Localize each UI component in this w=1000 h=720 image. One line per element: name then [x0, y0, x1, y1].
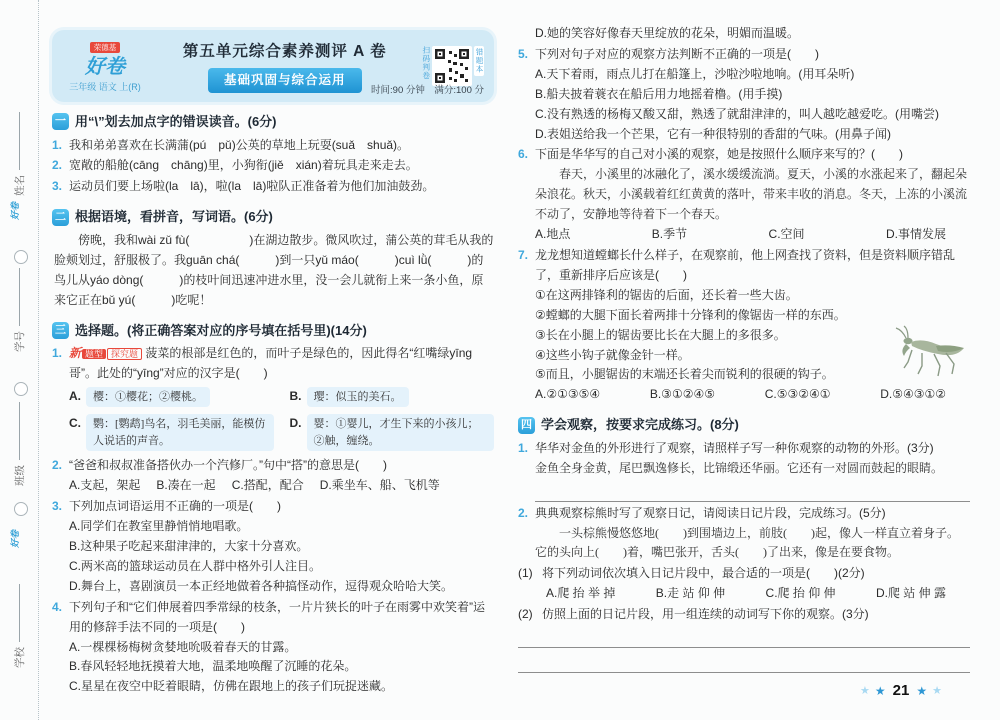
question-text: 龙龙想知道螳螂长什么样子，在观察前，他上网查找了资料，但是资料顺序错乱了，重新排… [535, 248, 955, 282]
section-1-header: 一 用“\”划去加点字的错误读音。(6分) [52, 111, 494, 133]
question-number: 1. [518, 439, 528, 459]
option-d: D.事情发展 [886, 225, 946, 245]
question-number: 2. [52, 156, 62, 176]
option-text: 婴：①婴儿，才生下来的小孩儿；②触，缠绕。 [307, 414, 495, 451]
time-score-line: 时间:90 分钟 满分:100 分 [371, 83, 484, 99]
star-icon: ★ [860, 682, 870, 700]
ordering-item-2: ②螳螂的大腿下面长着两排十分锋利的像锯齿一样的东西。 [535, 306, 884, 326]
ordering-item-1: ①在这两排锋利的锯齿的后面，还长着一些大齿。 [535, 286, 884, 306]
section-4-header: 四 学会观察，按要求完成练习。(8分) [518, 414, 970, 436]
question-text: 典典观察棕熊时写了观察日记，请阅读日记片段，完成练习。(5分) [535, 506, 886, 520]
margin-marker-icon [14, 382, 28, 396]
ordering-item-5: ⑤而且，小腿锯齿的末端还长着尖而锐利的很硬的钩子。 [535, 365, 884, 385]
section-3-title: 选择题。(将正确答案对应的序号填在括号里)(14分) [75, 320, 367, 342]
question-3: 3. 下列加点词语运用不正确的一项是( ) [52, 497, 494, 517]
exercise-1: 1. 华华对金鱼的外形进行了观察，请照样子写一种你观察的动物的外形。(3分) [518, 439, 970, 459]
question-number: 2. [52, 456, 62, 476]
section-4-badge: 四 [518, 417, 535, 434]
sub-question-number: (1) [518, 564, 533, 584]
question-text: 将下列动词依次填入日记片段中，最合适的一项是( )(2分) [542, 566, 865, 580]
class-field-label: 班级 [12, 465, 27, 486]
school-field-label: 学校 [12, 647, 27, 668]
option-d: D.⑤④③①② [880, 385, 946, 405]
option-d: D.乘坐车、船、飞机等 [320, 476, 440, 496]
stream-observation-passage: 春天，小溪里的冰融化了，溪水缓缓流淌。夏天，小溪的水涨起来了，翻起朵朵浪花。秋天… [518, 165, 970, 225]
answer-line [518, 625, 970, 648]
new-question-tag: 新 [69, 346, 81, 360]
question-7-block: 7. 龙龙想知道螳螂长什么样子，在观察前，他上网查找了资料，但是资料顺序错乱了，… [518, 246, 970, 405]
option-b: B.船夫披着蓑衣在船后用力地摇着橹。(用手摸) [518, 85, 970, 105]
question-1: 1. 新题型探究题 菠菜的根部是红色的，而叶子是绿色的，因此得名“红嘴绿yīng… [52, 344, 494, 384]
option-b: B.凑在一起 [156, 476, 215, 496]
school-write-line [19, 584, 20, 642]
question-number: 6. [518, 145, 528, 165]
class-field: 班级 [12, 402, 27, 486]
option-c: C.空间 [769, 225, 805, 245]
option-a: A.支起，架起 [69, 476, 140, 496]
option-c: C. 鹦：[鹦鹉]鸟名，羽毛美丽，能模仿人说话的声音。 [69, 414, 274, 451]
option-b: B.③①②④⑤ [650, 385, 715, 405]
section-1-badge: 一 [52, 113, 69, 130]
question-text: 下面是华华写的自己对小溪的观察，她是按照什么顺序来写的？( ) [535, 147, 903, 161]
student-id-field-label: 学号 [12, 331, 27, 352]
question-text: 我和弟弟喜欢在长满蒲(pú pǔ)公英的草地上玩耍(suǎ shuǎ)。 [69, 138, 409, 152]
option-c: C.搭配，配合 [232, 476, 304, 496]
answer-line [535, 479, 970, 502]
binding-margin: 姓名 学号 班级 学校 好卷 好卷 [0, 0, 42, 720]
question-2: 2. “爸爸和叔叔准备搭伙办一个汽修厂。”句中“搭”的意思是( ) [52, 456, 494, 476]
brand-mini-logo: 好卷 [8, 530, 21, 548]
brand-logo: 好卷 [62, 56, 148, 78]
question-number: 5. [518, 45, 528, 65]
option-d: D. 婴：①婴儿，才生下来的小孩儿；②触，缠绕。 [290, 414, 495, 451]
star-icon: ★ [875, 682, 886, 702]
question-type-tag: 题型 [82, 349, 106, 359]
question-number: 7. [518, 246, 528, 266]
option-a: A.天下着雨，雨点儿打在船篷上，沙啦沙啦地响。(用耳朵听) [518, 65, 970, 85]
mantis-illustration [892, 324, 970, 380]
option-letter: C. [69, 414, 81, 434]
question-2-options: A.支起，架起 B.凑在一起 C.搭配，配合 D.乘坐车、船、飞机等 [52, 476, 494, 496]
answer-line [518, 650, 970, 673]
option-a: A.②①③⑤④ [535, 385, 600, 405]
option-d: D.表姐送给我一个芒果，它有一种很特别的香甜的气味。(用鼻子闻) [518, 125, 970, 145]
option-b: B.走 站 仰 伸 [656, 584, 725, 604]
scan-to-grade-label: 扫码判卷 [422, 46, 430, 80]
question-item: 2. 宽敞的船舱(cāng chāng)里，小狗衔(jiě xián)着玩具走来… [52, 156, 494, 176]
name-write-line [19, 112, 20, 170]
student-id-write-line [19, 268, 20, 326]
option-a: A. 樱：①樱花；②樱桃。 [69, 387, 274, 408]
question-item: 1. 我和弟弟喜欢在长满蒲(pú pǔ)公英的草地上玩耍(suǎ shuǎ)。 [52, 136, 494, 156]
option-text: 樱：①樱花；②樱桃。 [86, 387, 210, 408]
section-3-header: 三 选择题。(将正确答案对应的序号填在括号里)(14分) [52, 320, 494, 342]
mistakes-book-label: 错题本 [474, 46, 484, 76]
question-number: 1. [52, 344, 62, 364]
cut-dotted-line [38, 0, 39, 720]
section-2-badge: 二 [52, 209, 69, 226]
test-header: 荣德基 好卷 三年级 语文 上(R) 第五单元综合素养测评 A 卷 基础巩固与综… [52, 30, 494, 102]
question-number: 4. [52, 598, 62, 618]
margin-marker-icon [14, 502, 28, 516]
left-page: 荣德基 好卷 三年级 语文 上(R) 第五单元综合素养测评 A 卷 基础巩固与综… [52, 0, 494, 697]
option-d: D.舞台上，喜剧演员一本正经地做着各种搞怪动作，逗得观众哈哈大笑。 [52, 577, 494, 597]
qr-block: 扫码判卷 错题本 [422, 46, 485, 86]
qr-code-icon [432, 46, 472, 86]
question-number: 3. [52, 497, 62, 517]
question-1-options: A. 樱：①樱花；②樱桃。 B. 璎：似玉的美石。 C. 鹦：[鹦鹉]鸟名，羽毛… [52, 387, 494, 452]
option-letter: A. [69, 387, 81, 407]
test-subtitle-banner: 基础巩固与综合运用 [208, 68, 362, 93]
section-2-header: 二 根据语境，看拼音，写词语。(6分) [52, 206, 494, 228]
brand-block: 荣德基 好卷 三年级 语文 上(R) [62, 37, 148, 96]
brand-mini-logo: 好卷 [8, 202, 21, 220]
bear-diary-passage: 一头棕熊慢悠悠地( )到围墙边上，前肢( )起，像人一样直立着身子。它的头向上(… [518, 524, 970, 564]
ordering-item-3: ③长在小腿上的锯齿要比长在大腿上的多很多。 [535, 326, 884, 346]
star-icon: ★ [916, 682, 927, 702]
sub-question-1: (1) 将下列动词依次填入日记片段中，最合适的一项是( )(2分) [518, 564, 970, 584]
option-a: A.地点 [535, 225, 570, 245]
question-6: 6. 下面是华华写的自己对小溪的观察，她是按照什么顺序来写的？( ) [518, 145, 970, 165]
option-b: B.这种果子吃起来甜津津的，大家十分喜欢。 [52, 537, 494, 557]
section-3-badge: 三 [52, 322, 69, 339]
question-number: 2. [518, 504, 528, 524]
section-4-title: 学会观察，按要求完成练习。(8分) [541, 414, 739, 436]
class-write-line [19, 402, 20, 460]
option-b: B.季节 [652, 225, 687, 245]
question-6-options: A.地点 B.季节 C.空间 D.事情发展 [518, 225, 970, 245]
question-item: 3. 运动员们要上场啦(la lā)，啦(la lā)啦队正准备着为他们加油鼓劲… [52, 177, 494, 197]
option-c: C.⑤③②④① [765, 385, 831, 405]
option-c: C.爬 抬 仰 伸 [766, 584, 836, 604]
option-letter: D. [290, 414, 302, 434]
student-id-field: 学号 [12, 268, 27, 352]
question-7-options: A.②①③⑤④ B.③①②④⑤ C.⑤③②④① D.⑤④③①② [518, 385, 970, 405]
question-5: 5. 下列对句子对应的观察方法判断不正确的一项是( ) [518, 45, 970, 65]
option-a: A.爬 抬 举 掉 [546, 584, 615, 604]
question-number: 1. [52, 136, 62, 156]
question-text: 华华对金鱼的外形进行了观察，请照样子写一种你观察的动物的外形。(3分) [535, 441, 934, 455]
sub-question-2: (2) 仿照上面的日记片段，用一组连续的动词写下你的观察。(3分) [518, 605, 970, 625]
question-text: “爸爸和叔叔准备搭伙办一个汽修厂。”句中“搭”的意思是( ) [69, 458, 387, 472]
option-d: D.爬 站 伸 露 [876, 584, 946, 604]
school-field: 学校 [12, 584, 27, 668]
option-a: A.同学们在教室里静悄悄地唱歌。 [52, 517, 494, 537]
question-7: 7. 龙龙想知道螳螂长什么样子，在观察前，他上网查找了资料，但是资料顺序错乱了，… [518, 246, 970, 286]
name-field-label: 姓名 [12, 175, 27, 196]
pinyin-fill-paragraph: 傍晚，我和wài zǔ fù( )在湖边散步。微风吹过，蒲公英的茸毛从我的脸颊划… [52, 231, 494, 311]
question-text: 下列句子和“它们伸展着四季常绿的枝条，一片片狭长的叶子在雨雾中欢笑着”运用的修辞… [69, 600, 485, 634]
grade-subject-label: 三年级 语文 上(R) [62, 80, 148, 95]
question-text: 运动员们要上场啦(la lā)，啦(la lā)啦队正准备着为他们加油鼓劲。 [69, 179, 434, 193]
option-a: A.一棵棵杨梅树贪婪地吮吸着春天的甘露。 [52, 638, 494, 658]
inquiry-question-tag: 探究题 [107, 348, 142, 360]
goldfish-example-sentence: 金鱼全身金黄，尾巴飘逸修长，比锦缎还华丽。它还有一对圆而鼓起的眼睛。 [518, 459, 970, 479]
star-icon: ★ [932, 682, 942, 700]
publisher-tag: 荣德基 [90, 42, 121, 53]
name-field: 姓名 [12, 112, 27, 196]
page-footer: ★ ★ 21 ★ ★ [518, 679, 970, 704]
option-letter: B. [290, 387, 302, 407]
question-text: 宽敞的船舱(cāng chāng)里，小狗衔(jiě xián)着玩具走来走去。 [69, 158, 418, 172]
question-text: 下列加点词语运用不正确的一项是( ) [69, 499, 281, 513]
option-b: B. 璎：似玉的美石。 [290, 387, 495, 408]
question-text: 仿照上面的日记片段，用一组连续的动词写下你的观察。(3分) [542, 607, 869, 621]
margin-marker-icon [14, 250, 28, 264]
sub-question-number: (2) [518, 605, 533, 625]
right-page: D.她的笑容好像春天里绽放的花朵，明媚而温暖。 5. 下列对句子对应的观察方法判… [518, 0, 970, 704]
option-c: C.没有熟透的杨梅又酸又甜，熟透了就甜津津的，叫人越吃越爱吃。(用嘴尝) [518, 105, 970, 125]
question-number: 3. [52, 177, 62, 197]
option-c: C.两米高的篮球运动员在人群中格外引人注目。 [52, 557, 494, 577]
question-text: 下列对句子对应的观察方法判断不正确的一项是( ) [535, 47, 819, 61]
option-text: 鹦：[鹦鹉]鸟名，羽毛美丽，能模仿人说话的声音。 [86, 414, 274, 451]
exercise-2: 2. 典典观察棕熊时写了观察日记，请阅读日记片段，完成练习。(5分) [518, 504, 970, 524]
option-c: C.星星在夜空中眨着眼睛，仿佛在跟地上的孩子们玩捉迷藏。 [52, 677, 494, 697]
option-text: 璎：似玉的美石。 [307, 387, 409, 408]
option-b: B.春风轻轻地抚摸着大地，温柔地唤醒了沉睡的花朵。 [52, 657, 494, 677]
section-2-title: 根据语境，看拼音，写词语。(6分) [75, 206, 273, 228]
question-4-option-d: D.她的笑容好像春天里绽放的花朵，明媚而温暖。 [518, 24, 970, 44]
question-4: 4. 下列句子和“它们伸展着四季常绿的枝条，一片片狭长的叶子在雨雾中欢笑着”运用… [52, 598, 494, 638]
verb-options: A.爬 抬 举 掉 B.走 站 仰 伸 C.爬 抬 仰 伸 D.爬 站 伸 露 [518, 584, 970, 604]
page-number: 21 [893, 679, 910, 704]
section-1-title: 用“\”划去加点字的错误读音。(6分) [75, 111, 277, 133]
test-title: 第五单元综合素养测评 A 卷 [148, 39, 422, 65]
ordering-item-4: ④这些小钩子就像金针一样。 [535, 346, 884, 366]
